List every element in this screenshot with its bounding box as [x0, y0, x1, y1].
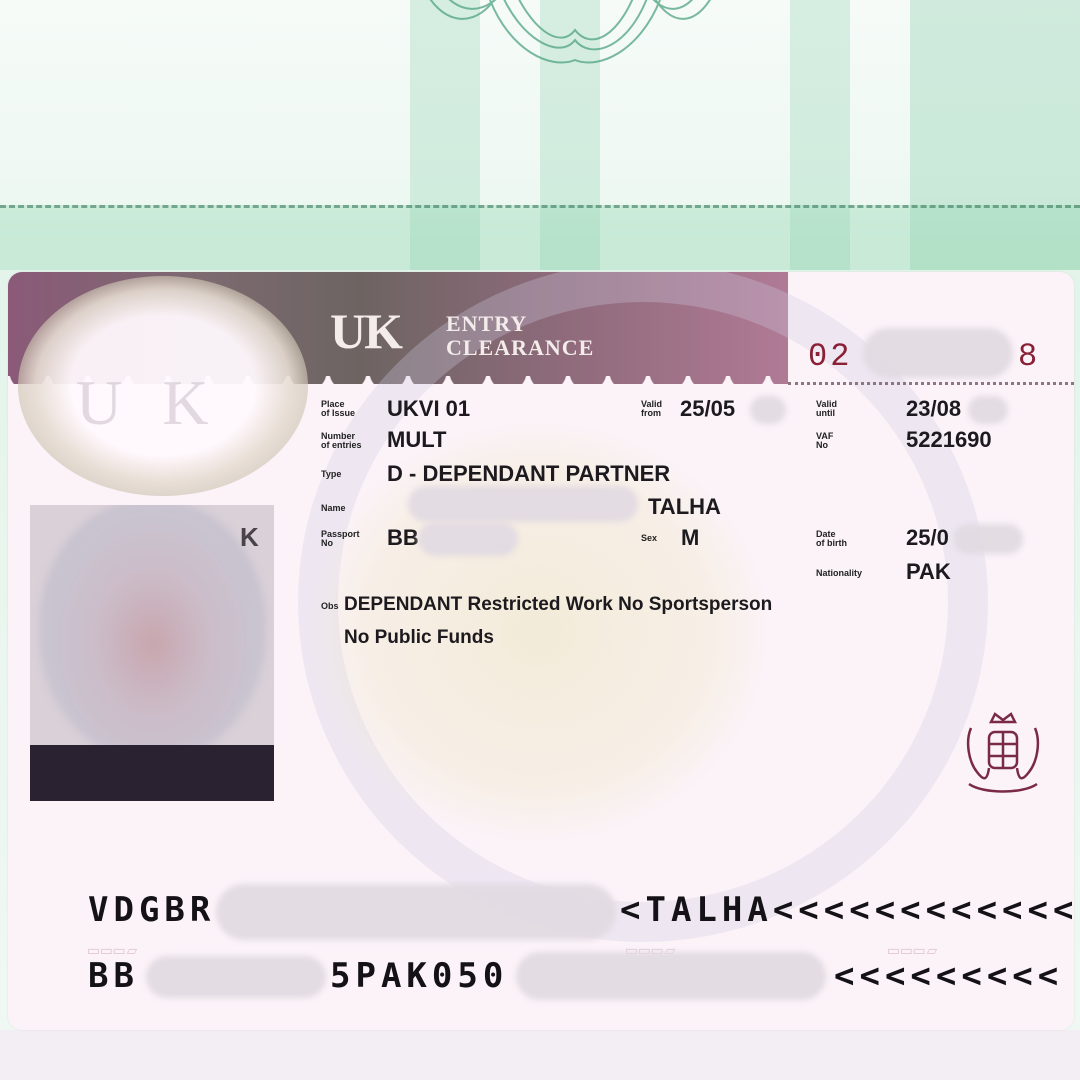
redaction-blur: [863, 328, 1013, 378]
sex-value: M: [681, 525, 699, 551]
passport-no-value: BB: [387, 525, 419, 551]
type-value: D - DEPENDANT PARTNER: [387, 461, 670, 487]
date-of-birth-label: Dateof birth: [816, 530, 847, 548]
redaction-blur: [216, 884, 616, 940]
name-label: Name: [321, 504, 346, 513]
redaction-blur: [516, 952, 826, 1000]
vignette-title: ENTRY CLEARANCE: [446, 312, 594, 360]
valid-from-label: Validfrom: [641, 400, 662, 418]
valid-until-label: Validuntil: [816, 400, 837, 418]
mrz-line-1-suffix: <TALHA<<<<<<<<<<<<: [620, 890, 1074, 930]
hologram-seal-icon: UK: [18, 276, 308, 496]
redaction-blur: [750, 396, 786, 424]
place-of-issue-value: UKVI 01: [387, 396, 470, 422]
redaction-blur: [953, 524, 1023, 554]
dotted-separator: [788, 382, 1074, 385]
redaction-blur: [408, 486, 638, 522]
blurred-face: [40, 505, 265, 760]
nationality-label: Nationality: [816, 569, 862, 578]
photo-overlay-text: K: [240, 522, 259, 553]
passport-page-bottom: [0, 1030, 1080, 1080]
visa-vignette: UK UK ENTRY CLEARANCE 02 8 Placeof Issue…: [8, 272, 1074, 1030]
vaf-no-value: 5221690: [906, 427, 992, 453]
date-of-birth-value: 25/0: [906, 525, 949, 551]
royal-crest-icon: [963, 712, 1043, 798]
number-of-entries-label: Numberof entries: [321, 432, 362, 450]
title-line-2: CLEARANCE: [446, 336, 594, 360]
nationality-value: PAK: [906, 559, 951, 585]
mrz-line-2-prefix: BB: [88, 956, 139, 996]
valid-from-value: 25/05: [680, 396, 735, 422]
valid-until-value: 23/08: [906, 396, 961, 422]
sex-label: Sex: [641, 534, 657, 543]
holder-photo: [30, 505, 274, 801]
mrz-line-2-suffix: <<<<<<<<<: [834, 956, 1063, 996]
visa-number-prefix: 02: [808, 338, 852, 375]
type-label: Type: [321, 470, 341, 479]
visa-number-suffix: 8: [1018, 338, 1037, 375]
observations-label: Obs: [321, 602, 339, 611]
vaf-no-label: VAFNo: [816, 432, 833, 450]
guilloche-rosette-icon: [400, 0, 730, 90]
number-of-entries-value: MULT: [387, 427, 446, 453]
redaction-blur: [968, 396, 1008, 424]
redaction-blur: [418, 522, 518, 556]
uk-logo: UK: [330, 302, 401, 360]
photo-shoulders: [30, 745, 274, 801]
security-pattern-band: [0, 205, 1080, 270]
passport-no-label: PassportNo: [321, 530, 360, 548]
perforation-line: [0, 205, 1080, 208]
place-of-issue-label: Placeof Issue: [321, 400, 355, 418]
redaction-blur: [146, 956, 326, 998]
mrz-line-2-middle: 5PAK050: [330, 956, 508, 996]
observations-line-2: No Public Funds: [344, 627, 494, 649]
observations-line-1: DEPENDANT Restricted Work No Sportsperso…: [344, 594, 772, 616]
title-line-1: ENTRY: [446, 312, 594, 336]
name-value: TALHA: [648, 494, 721, 520]
mrz-line-1-prefix: VDGBR: [88, 890, 215, 930]
